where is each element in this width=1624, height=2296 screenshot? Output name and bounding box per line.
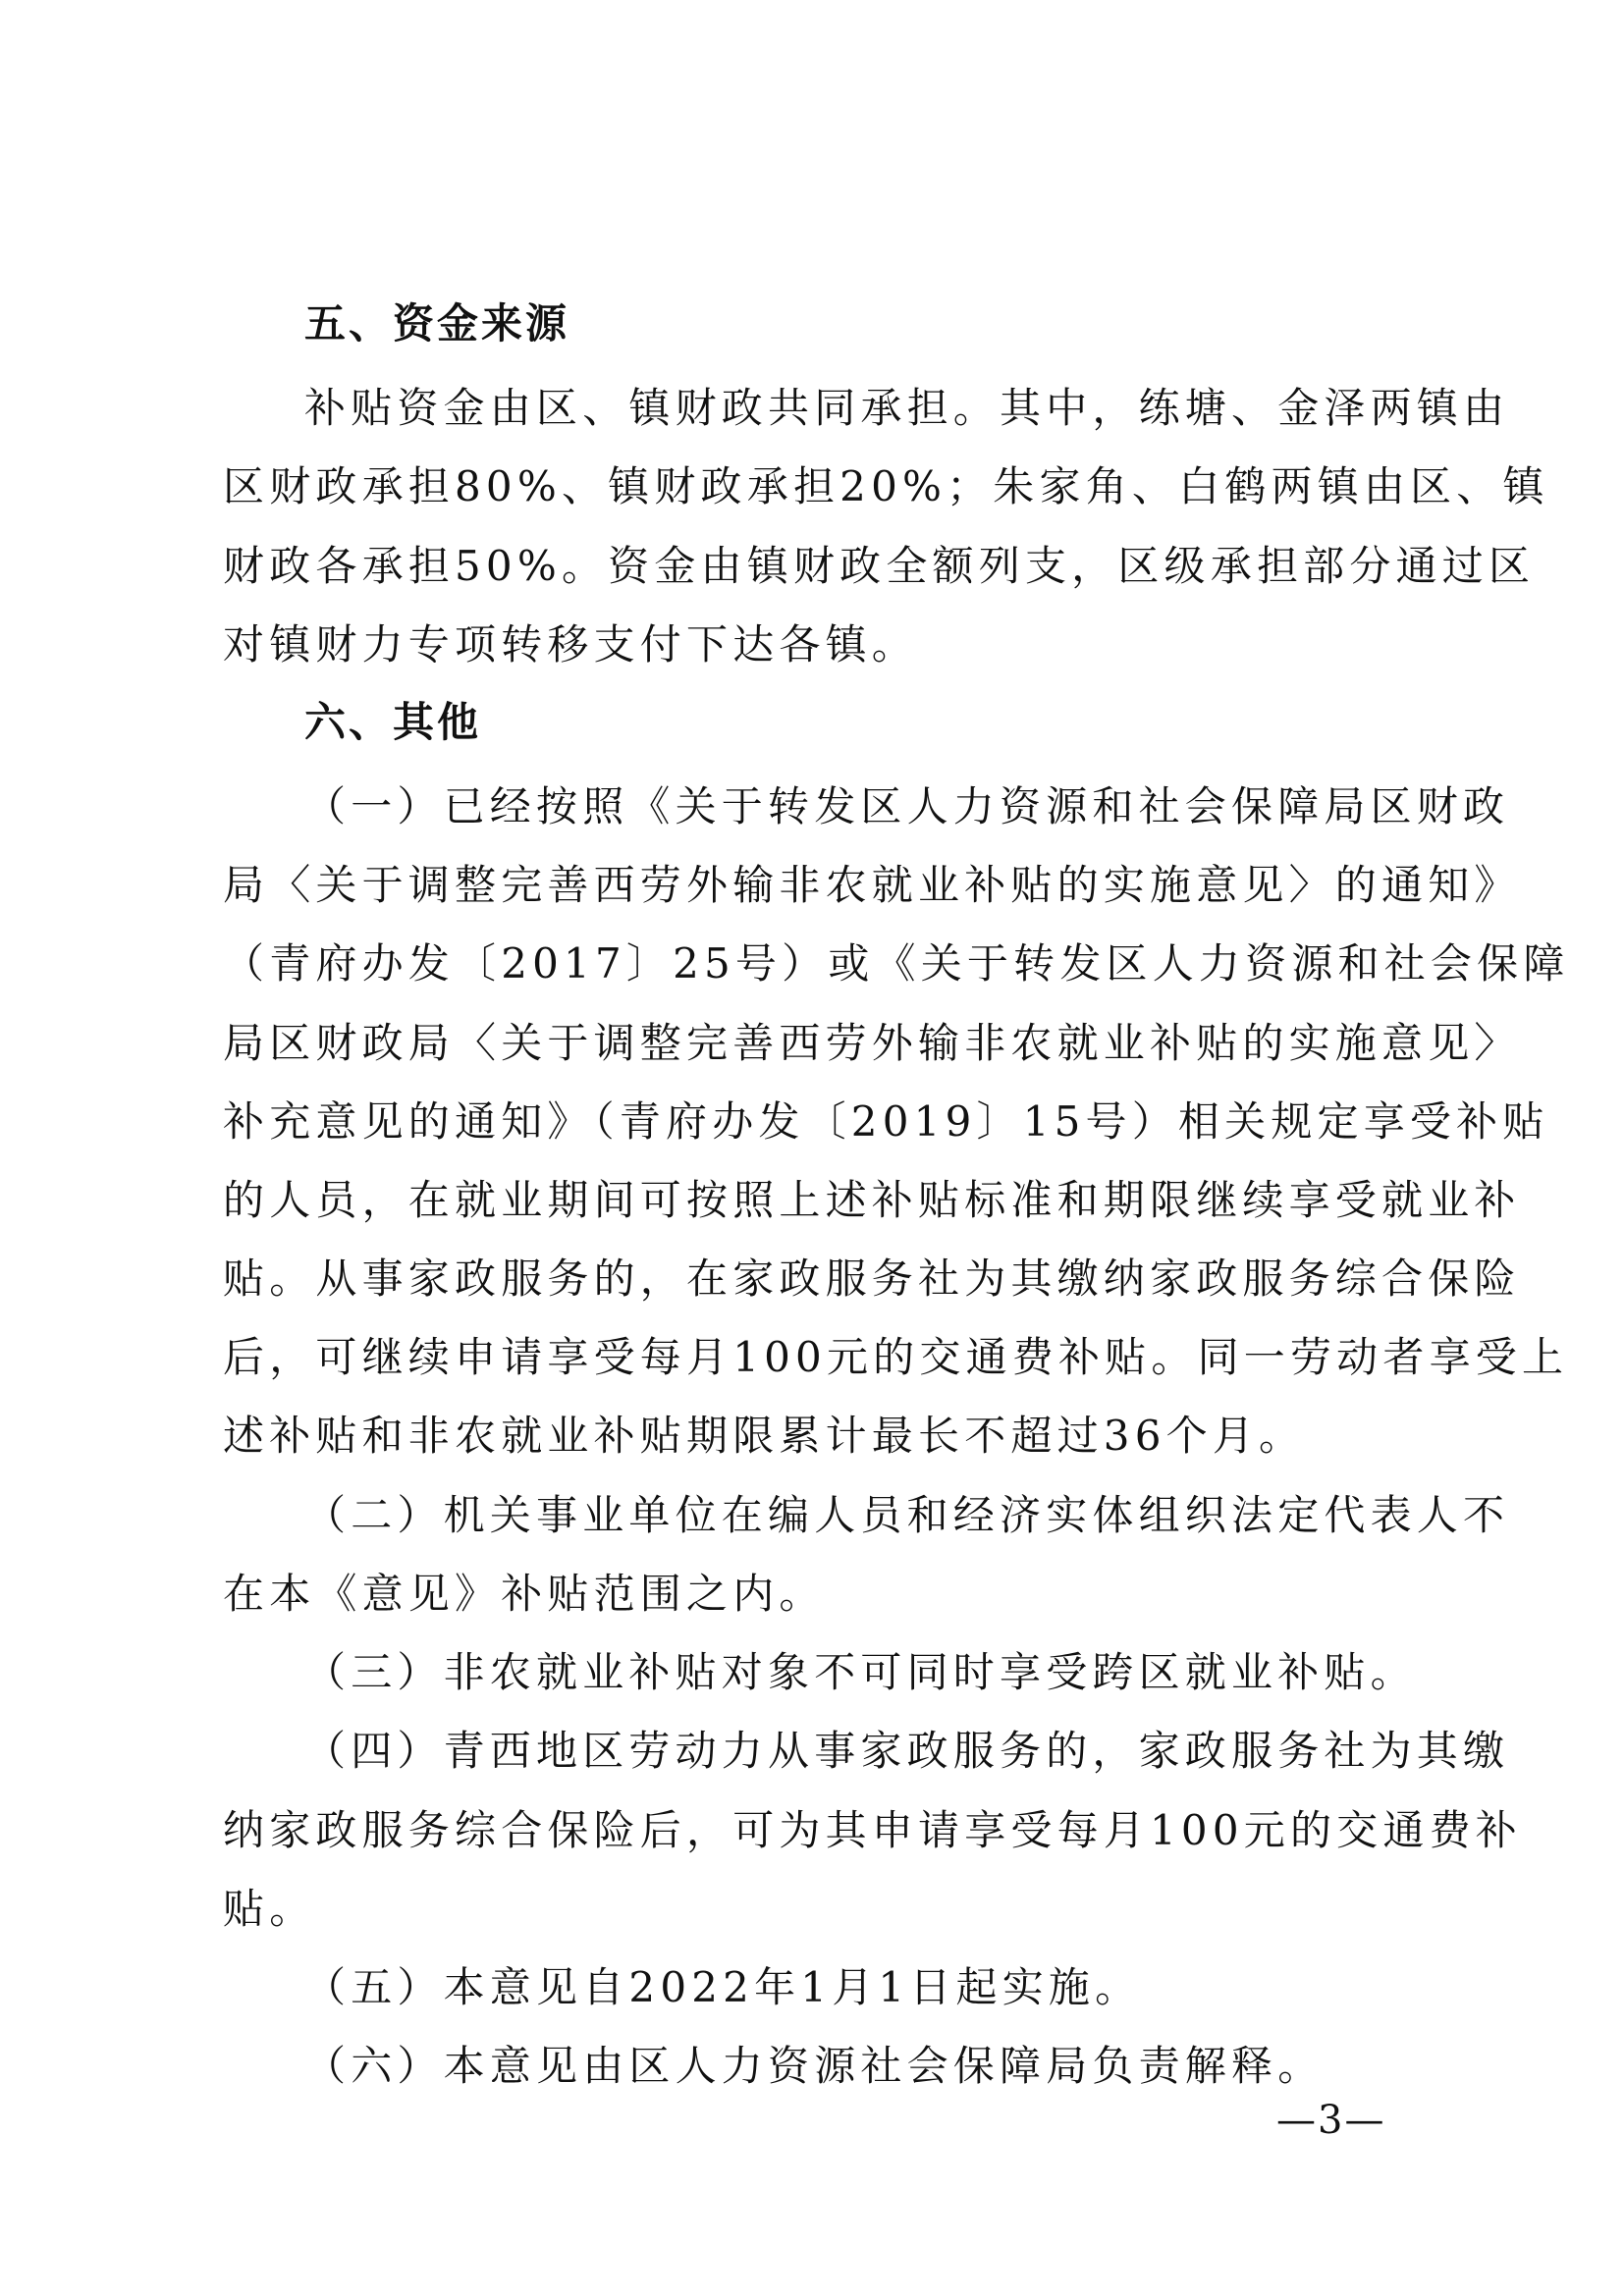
paragraph-line: 局区财政局〈关于调整完善西劳外输非农就业补贴的实施意见〉 (223, 1014, 1436, 1073)
paragraph-line: （三）非农就业补贴对象不可同时享受跨区就业补贴。 (304, 1643, 1436, 1702)
paragraph-line: （二）机关事业单位在编人员和经济实体组织法定代表人不 (304, 1486, 1436, 1545)
paragraph-line: 补充意见的通知》（青府办发〔2019〕15号）相关规定享受补贴 (223, 1093, 1436, 1151)
paragraph-line: 的人员，在就业期间可按照上述补贴标准和期限继续享受就业补 (223, 1171, 1436, 1230)
page-number: —3— (1276, 2096, 1385, 2145)
paragraph-line: 后，可继续申请享受每月100元的交通费补贴。同一劳动者享受上 (223, 1328, 1436, 1387)
paragraph-line: （一）已经按照《关于转发区人力资源和社会保障局区财政 (304, 777, 1436, 836)
paragraph-line: 局〈关于调整完善西劳外输非农就业补贴的实施意见〉的通知》 (223, 856, 1436, 915)
paragraph-line: 区财政承担80%、镇财政承担20%；朱家角、白鹤两镇由区、镇 (223, 457, 1436, 516)
paragraph-line: （五）本意见自2022年1月1日起实施。 (304, 1958, 1436, 2017)
paragraph-line: 贴。从事家政服务的，在家政服务社为其缴纳家政服务综合保险 (223, 1250, 1436, 1308)
paragraph-line: （四）青西地区劳动力从事家政服务的，家政服务社为其缴 (304, 1722, 1436, 1781)
paragraph-line: （青府办发〔2017〕25号）或《关于转发区人力资源和社会保障 (223, 934, 1436, 993)
paragraph-line: 述补贴和非农就业补贴期限累计最长不超过36个月。 (223, 1407, 1436, 1466)
paragraph-line: （六）本意见由区人力资源社会保障局负责解释。 (304, 2037, 1436, 2096)
section-heading-funding-source: 五、资金来源 (304, 294, 1518, 353)
paragraph-line: 财政各承担50%。资金由镇财政全额列支，区级承担部分通过区 (223, 537, 1436, 596)
paragraph-line: 在本《意见》补贴范围之内。 (223, 1565, 1436, 1624)
paragraph-line: 补贴资金由区、镇财政共同承担。其中，练塘、金泽两镇由 (304, 379, 1436, 438)
paragraph-line: 对镇财力专项转移支付下达各镇。 (223, 615, 1436, 674)
document-page: 五、资金来源 补贴资金由区、镇财政共同承担。其中，练塘、金泽两镇由 区财政承担8… (0, 0, 1624, 2296)
paragraph-line: 贴。 (223, 1880, 1436, 1939)
section-heading-other: 六、其他 (304, 693, 1518, 752)
paragraph-line: 纳家政服务综合保险后，可为其申请享受每月100元的交通费补 (223, 1801, 1436, 1860)
